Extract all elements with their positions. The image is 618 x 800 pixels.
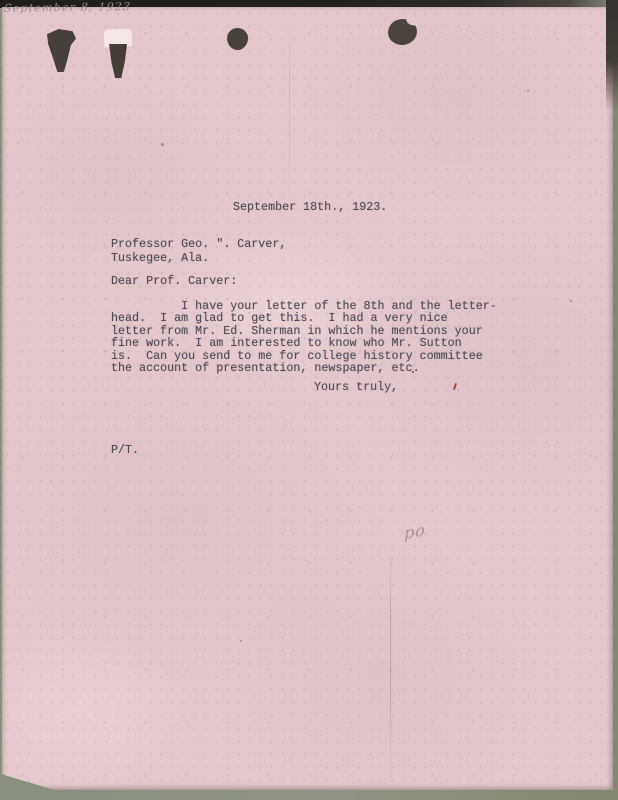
pencil-note-date: September 8, 1923	[3, 0, 131, 15]
letter-date: September 18th., 1923.	[233, 201, 387, 213]
paper-crease-line	[289, 8, 290, 218]
recipient-address: Professor Geo. ". Carver, Tuskegee, Ala.	[111, 238, 286, 265]
scanner-bed-right-strip	[606, 0, 618, 110]
typist-initials: P/T.	[111, 444, 139, 456]
paper-crease-line	[390, 540, 391, 785]
pencil-mark: po	[404, 520, 426, 543]
ink-speck	[527, 90, 529, 92]
ink-speck	[161, 143, 164, 146]
letter-page	[2, 7, 613, 790]
recipient-city: Tuskegee, Ala.	[111, 251, 209, 265]
ink-speck	[570, 300, 572, 302]
salutation: Dear Prof. Carver:	[111, 275, 237, 287]
ink-speck	[240, 640, 242, 642]
recipient-name: Professor Geo. ". Carver,	[111, 237, 286, 251]
closing: Yours truly,	[314, 381, 398, 393]
letter-body: I have your letter of the 8th and the le…	[111, 300, 497, 374]
ink-speck	[412, 371, 414, 373]
scanned-letter-view: September 8, 1923 September 18th., 1923.…	[0, 0, 618, 800]
